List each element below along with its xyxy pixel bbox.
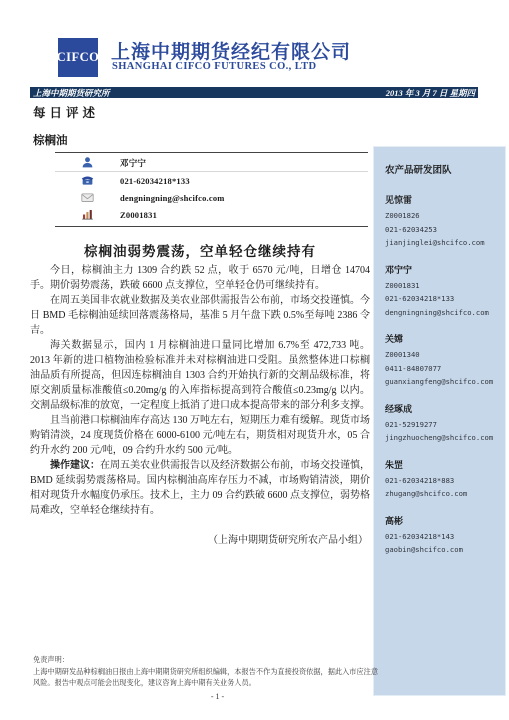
member-contact-line: Z0001826 <box>385 209 495 223</box>
member-contact-line: zhugang@shcifco.com <box>385 487 495 501</box>
member-contact-line: dengningning@shcifco.com <box>385 306 495 320</box>
member-contact-line: 021-62034218*143 <box>385 530 495 544</box>
disclaimer: 免责声明： 上海中期研发品种棕榈油日报由上海中期期货研究所组织编辑，本报告不作为… <box>33 655 378 690</box>
cifco-logo: CIFCO <box>58 38 98 77</box>
daily-review-heading: 每日评述 <box>33 103 99 121</box>
member-contact-line: guanxiangfeng@shcifco.com <box>385 375 495 389</box>
article-title: 棕榈油弱势震荡，空单轻仓继续持有 <box>30 240 370 260</box>
company-name-cn: 上海中期期货经纪有限公司 <box>111 37 351 64</box>
member-contact-line: jingzhuocheng@shcifco.com <box>385 431 495 445</box>
article-paragraph: 今日，棕榈油主力 1309 合约跌 52 点，收于 6570 元/吨，日增仓 1… <box>30 263 370 293</box>
team-member: 见惊雷Z0001826021-62034253jianjinglei@shcif… <box>385 193 495 250</box>
member-name: 见惊雷 <box>385 193 495 206</box>
author-email: dengningning@shcifco.com <box>120 193 225 203</box>
logo-text: CIFCO <box>57 50 100 65</box>
member-contact-line: Z0001340 <box>385 348 495 362</box>
article-paragraph: 在周五美国非农就业数据及美农业部供需报告公布前，市场交投谨慎。今日 BMD 毛棕… <box>30 293 370 338</box>
disclaimer-body: 上海中期研发品种棕榈油日报由上海中期期货研究所组织编辑，本报告不作为直接投资依据… <box>33 668 378 688</box>
team-sidebar: 农产品研发团队 见惊雷Z0001826021-62034253jianjingl… <box>373 146 506 696</box>
email-icon <box>81 191 94 204</box>
person-icon <box>81 156 94 169</box>
article-body: 今日，棕榈油主力 1309 合约跌 52 点，收于 6570 元/吨，日增仓 1… <box>30 263 370 548</box>
report-page: CIFCO 上海中期期货经纪有限公司 SHANGHAI CIFCO FUTURE… <box>0 0 509 720</box>
author-email-row: dengningning@shcifco.com <box>55 189 368 206</box>
author-license: Z0001831 <box>120 210 157 220</box>
member-contact-line: 021-62034218*133 <box>385 292 495 306</box>
author-name: 邓宁宁 <box>120 157 146 169</box>
member-contact-line: 021-62034253 <box>385 223 495 237</box>
member-contact-line: 021-62034218*883 <box>385 474 495 488</box>
member-name: 朱罡 <box>385 458 495 471</box>
team-member: 朱罡021-62034218*883zhugang@shcifco.com <box>385 458 495 501</box>
article-paragraph: 且当前港口棕榈油库存高达 130 万吨左右，短期压力难有缓解。现货市场购销清淡，… <box>30 413 370 458</box>
commodity-heading: 棕榈油 <box>33 132 68 148</box>
author-contact-box: 邓宁宁 021-62034218*133 dengningning@shcifc… <box>55 152 368 227</box>
member-contact-line: 021-52919277 <box>385 418 495 432</box>
report-date: 2013 年 3 月 7 日 星期四 <box>386 87 475 99</box>
author-phone: 021-62034218*133 <box>120 176 190 186</box>
author-phone-row: 021-62034218*133 <box>55 172 368 189</box>
article-paragraph: 海关数据显示，国内 1 月棕榈油进口量同比增加 6.7%至 472,733 吨。… <box>30 338 370 413</box>
member-contact-line: Z0001831 <box>385 279 495 293</box>
member-contact-line: 0411-84807077 <box>385 362 495 376</box>
company-name-en: SHANGHAI CIFCO FUTURES CO., LTD <box>112 61 317 72</box>
sidebar-title: 农产品研发团队 <box>385 162 495 176</box>
advice-label: 操作建议： <box>50 460 100 471</box>
chart-id-icon <box>81 208 94 221</box>
sidebar-member-list: 见惊雷Z0001826021-62034253jianjinglei@shcif… <box>385 193 495 557</box>
team-member: 邓宁宁Z0001831021-62034218*133dengningning@… <box>385 263 495 320</box>
article-advice-paragraph: 操作建议：在周五美农业供需报告以及经济数据公布前，市场交投谨慎，BMD 延续弱势… <box>30 458 370 518</box>
member-contact-line: gaobin@shcifco.com <box>385 543 495 557</box>
team-member: 经琢成021-52919277jingzhuocheng@shcifco.com <box>385 402 495 445</box>
disclaimer-title: 免责声明： <box>33 655 378 667</box>
member-contact-line: jianjinglei@shcifco.com <box>385 236 495 250</box>
member-name: 邓宁宁 <box>385 263 495 276</box>
phone-icon <box>81 174 94 187</box>
team-member: 关嫦Z00013400411-84807077guanxiangfeng@shc… <box>385 332 495 389</box>
article-signature: （上海中期期货研究所农产品小组） <box>30 533 370 548</box>
member-name: 高彬 <box>385 514 495 527</box>
author-license-row: Z0001831 <box>55 206 368 223</box>
research-institute-label: 上海中期期货研究所 <box>33 87 110 99</box>
member-name: 经琢成 <box>385 402 495 415</box>
author-name-row: 邓宁宁 <box>55 154 368 172</box>
member-name: 关嫦 <box>385 332 495 345</box>
page-number: - 1 - <box>30 692 405 701</box>
header-bar: 上海中期期货研究所 2013 年 3 月 7 日 星期四 <box>30 87 478 98</box>
team-member: 高彬021-62034218*143gaobin@shcifco.com <box>385 514 495 557</box>
